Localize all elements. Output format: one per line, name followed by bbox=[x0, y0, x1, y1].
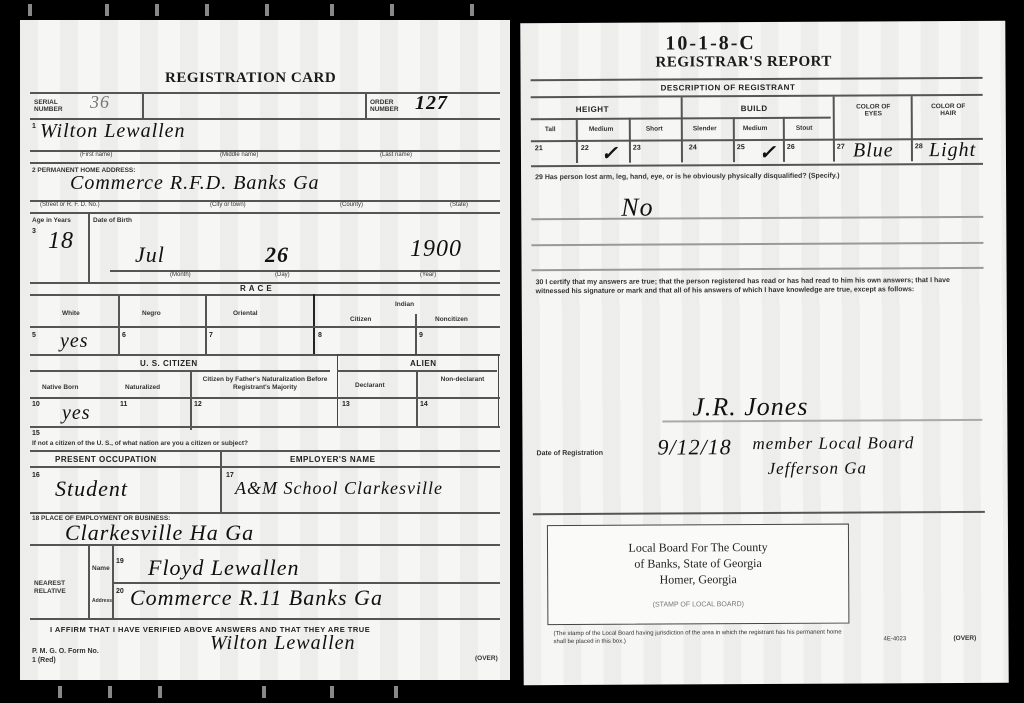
citizen-col-naturalized: Naturalized bbox=[125, 384, 160, 391]
citizen-header: U. S. CITIZEN bbox=[140, 359, 198, 368]
film-mark bbox=[28, 4, 32, 16]
date-of-registration-value: 9/12/18 bbox=[657, 434, 731, 460]
stamp-note: (The stamp of the Local Board having jur… bbox=[553, 629, 853, 647]
home-address-value: Commerce R.F.D. Banks Ga bbox=[70, 172, 320, 195]
form-id: P. M. G. O. Form No. 1 (Red) bbox=[32, 647, 102, 665]
dob-day: 26 bbox=[265, 242, 289, 268]
film-mark bbox=[330, 686, 334, 698]
film-mark bbox=[470, 4, 474, 16]
race-num-9: 9 bbox=[419, 332, 423, 339]
col-slender: Slender bbox=[693, 125, 717, 132]
col-tall: Tall bbox=[545, 126, 556, 133]
num-25: 25 bbox=[737, 144, 745, 151]
eyes-header: COLOR OF EYES bbox=[851, 103, 896, 117]
film-mark bbox=[58, 686, 62, 698]
q30-certification: 30 I certify that my answers are true; t… bbox=[536, 276, 981, 296]
build-medium-check: ✓ bbox=[759, 140, 777, 165]
race-num-7: 7 bbox=[209, 332, 213, 339]
film-mark bbox=[205, 4, 209, 16]
dob-label: Date of Birth bbox=[93, 217, 132, 224]
race-num-5: 5 bbox=[32, 332, 36, 339]
dob-sublabel-day: (Day) bbox=[275, 272, 290, 278]
film-mark bbox=[265, 4, 269, 16]
build-header: BUILD bbox=[741, 104, 768, 113]
home-sublabel-state: (State) bbox=[450, 202, 468, 208]
num-22: 22 bbox=[581, 145, 589, 152]
native-born-value: yes bbox=[62, 402, 91, 425]
registrant-name: Wilton Lewallen bbox=[40, 120, 186, 143]
card-title: REGISTRATION CARD bbox=[165, 70, 336, 87]
film-mark bbox=[105, 4, 109, 16]
name-sublabel-first: (First name) bbox=[80, 152, 112, 158]
registration-card: REGISTRATION CARD SERIAL NUMBER 36 ORDER… bbox=[20, 20, 510, 680]
num-24: 24 bbox=[689, 144, 697, 151]
relative-name-value: Floyd Lewallen bbox=[148, 555, 299, 581]
dob-sublabel-year: (Year) bbox=[420, 272, 436, 278]
height-header: HEIGHT bbox=[576, 105, 609, 114]
num-28: 28 bbox=[915, 143, 923, 150]
height-medium-check: ✓ bbox=[601, 141, 619, 166]
relative-name-label: Name bbox=[92, 565, 110, 572]
stamp-number: 10-1-8-C bbox=[665, 32, 756, 55]
indian-citizen: Citizen bbox=[350, 316, 371, 323]
film-mark bbox=[158, 686, 162, 698]
film-mark bbox=[394, 686, 398, 698]
film-mark bbox=[390, 4, 394, 16]
home-sublabel-city: (City or town) bbox=[210, 202, 246, 208]
employer-value: A&M School Clarkesville bbox=[235, 478, 443, 499]
film-mark bbox=[330, 4, 334, 16]
description-header: DESCRIPTION OF REGISTRANT bbox=[661, 83, 796, 93]
race-col-white: White bbox=[62, 310, 80, 317]
occupation-header: PRESENT OCCUPATION bbox=[55, 455, 157, 464]
alien-num-13: 13 bbox=[342, 401, 350, 408]
registrar-title-line-1: member Local Board bbox=[752, 433, 914, 454]
age-label: Age in Years bbox=[32, 217, 71, 224]
num-21: 21 bbox=[535, 145, 543, 152]
hair-color-value: Light bbox=[929, 139, 976, 162]
q17-num: 17 bbox=[226, 472, 234, 479]
citizen-col-fathers: Citizen by Father's Naturalization Befor… bbox=[200, 376, 330, 392]
local-board-stamp-box: Local Board For The County of Banks, Sta… bbox=[547, 524, 850, 626]
indian-noncitizen: Noncitizen bbox=[435, 316, 468, 323]
over-label-right: (OVER) bbox=[953, 635, 976, 642]
alien-col-nondeclarant: Non-declarant bbox=[435, 376, 490, 383]
serial-label: SERIAL NUMBER bbox=[34, 99, 64, 113]
col-height-medium: Medium bbox=[589, 126, 614, 133]
relative-address-value: Commerce R.11 Banks Ga bbox=[130, 585, 383, 611]
employer-header: EMPLOYER'S NAME bbox=[290, 455, 375, 464]
dob-year: 1900 bbox=[410, 236, 462, 263]
num-23: 23 bbox=[633, 145, 641, 152]
registrar-title-line-2: Jefferson Ga bbox=[768, 458, 867, 479]
stamp-line-1: Local Board For The County bbox=[548, 539, 848, 557]
race-header: RACE bbox=[240, 284, 275, 293]
hair-header: COLOR OF HAIR bbox=[926, 103, 971, 117]
citizen-col-native: Native Born bbox=[42, 384, 78, 391]
report-title: REGISTRAR'S REPORT bbox=[655, 54, 832, 72]
stamp-line-3: Homer, Georgia bbox=[548, 571, 848, 589]
eye-color-value: Blue bbox=[853, 139, 894, 162]
num-27: 27 bbox=[837, 144, 845, 151]
dob-sublabel-month: (Month) bbox=[170, 272, 191, 278]
order-label: ORDER NUMBER bbox=[370, 99, 405, 113]
nearest-relative-label: NEAREST RELATIVE bbox=[34, 580, 74, 596]
race-white-value: yes bbox=[60, 330, 89, 353]
date-of-registration-label: Date of Registration bbox=[537, 450, 604, 457]
col-short: Short bbox=[646, 126, 663, 133]
age-value: 18 bbox=[48, 228, 74, 255]
q15-text: If not a citizen of the U. S., of what n… bbox=[32, 440, 248, 447]
registrars-report-card: 10-1-8-C REGISTRAR'S REPORT DESCRIPTION … bbox=[520, 21, 1008, 686]
home-sublabel-county: (County) bbox=[340, 202, 363, 208]
citizen-num-12: 12 bbox=[194, 401, 202, 408]
name-sublabel-middle: (Middle name) bbox=[220, 152, 258, 158]
citizen-num-10: 10 bbox=[32, 401, 40, 408]
film-mark bbox=[262, 686, 266, 698]
relative-address-label: Address bbox=[92, 598, 112, 604]
alien-col-declarant: Declarant bbox=[355, 382, 385, 389]
q16-num: 16 bbox=[32, 472, 40, 479]
film-mark bbox=[155, 4, 159, 16]
stamp-caption: (STAMP OF LOCAL BOARD) bbox=[548, 601, 848, 610]
place-value: Clarkesville Ha Ga bbox=[65, 520, 254, 546]
registrant-signature: Wilton Lewallen bbox=[210, 632, 356, 655]
serial-value: 36 bbox=[90, 92, 110, 113]
name-sublabel-last: (Last name) bbox=[380, 152, 412, 158]
over-label-left: (OVER) bbox=[475, 655, 498, 662]
footer-code: 4E-4023 bbox=[883, 636, 906, 642]
col-build-medium: Medium bbox=[743, 125, 768, 132]
alien-num-14: 14 bbox=[420, 401, 428, 408]
registrar-signature: J.R. Jones bbox=[692, 392, 808, 423]
race-num-8: 8 bbox=[318, 332, 322, 339]
film-mark bbox=[108, 686, 112, 698]
alien-box bbox=[337, 354, 499, 428]
dob-month: Jul bbox=[135, 242, 165, 268]
stamp-line-2: of Banks, State of Georgia bbox=[548, 555, 848, 573]
citizen-num-11: 11 bbox=[120, 401, 127, 408]
race-col-indian: Indian bbox=[395, 301, 414, 308]
race-col-oriental: Oriental bbox=[233, 310, 258, 317]
race-num-6: 6 bbox=[122, 332, 126, 339]
q29-text: 29 Has person lost arm, leg, hand, eye, … bbox=[535, 171, 980, 182]
occupation-value: Student bbox=[55, 476, 128, 502]
num-26: 26 bbox=[787, 144, 795, 151]
home-sublabel-street: (Street or R. F. D. No.) bbox=[40, 202, 100, 208]
race-col-negro: Negro bbox=[142, 310, 161, 317]
order-value: 127 bbox=[415, 92, 448, 115]
col-stout: Stout bbox=[796, 125, 813, 132]
